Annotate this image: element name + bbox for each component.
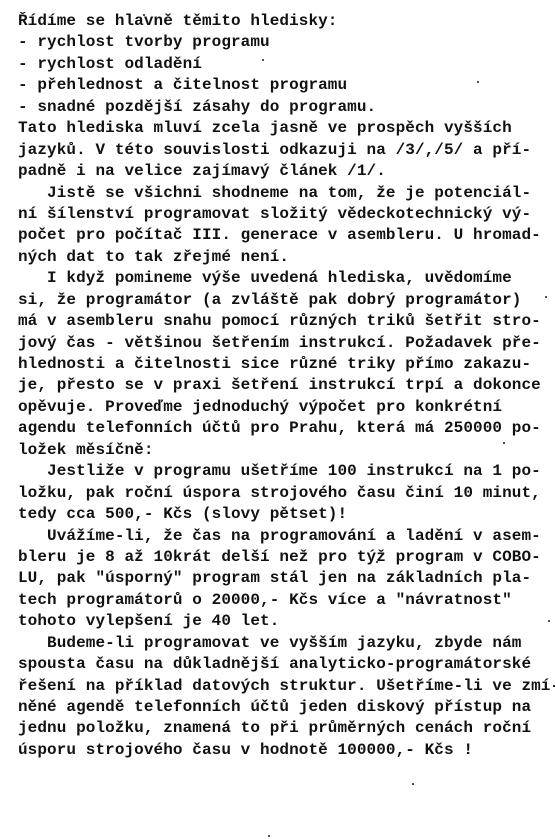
scan-noise [412,783,414,785]
text-line: Tato hlediska mluví zcela jasně ve prosp… [18,118,555,139]
scan-noise [503,442,505,444]
typewritten-page: Řídíme se hlavně těmito hledisky: - rych… [18,11,555,761]
text-line: tohoto vylepšení je 40 let. [18,611,555,632]
text-line: tedy cca 500,- Kčs (slovy pětset)! [18,504,555,525]
bullet-item: - rychlost odladění [18,54,555,75]
text-line: počet pro počítač III. generace v asembl… [18,225,555,246]
text-line: tech programátorů o 20000,- Kčs více a "… [18,590,555,611]
text-line: ložku, pak roční úspora strojového času … [18,483,555,504]
text-line: agendu telefonních účtů pro Prahu, která… [18,418,555,439]
paragraph-start: Jistě se všichni shodneme na tom, že je … [18,183,555,204]
scan-noise [268,835,270,837]
text-line: Řídíme se hlavně těmito hledisky: [18,11,555,32]
paragraph-start: Budeme-li programovat ve vyšším jazyku, … [18,633,555,654]
text-line: si, že programátor (a zvláště pak dobrý … [18,290,555,311]
text-line: spousta času na důkladnější analyticko-p… [18,654,555,675]
text-line: je, přesto se v praxi šetření instrukcí … [18,375,555,396]
text-line: úsporu strojového času v hodnotě 100000,… [18,740,555,761]
text-line: jazyků. V této souvislosti odkazuji na /… [18,140,555,161]
scan-noise [376,561,378,563]
scan-noise [477,81,479,83]
text-line: bleru je 8 až 10krát delší než pro týž p… [18,547,555,568]
text-line: LU, pak "úsporný" program stál jen na zá… [18,568,555,589]
text-line: ložek měsíčně: [18,440,555,461]
scan-noise [143,14,145,16]
scan-noise [548,620,550,622]
text-line: má v asembleru snahu pomocí různých trik… [18,311,555,332]
scan-noise [545,296,547,298]
scan-noise [262,59,264,61]
scan-noise [213,102,215,104]
paragraph-start: I když pomineme výše uvedená hlediska, u… [18,268,555,289]
paragraph-start: Jestliže v programu ušetříme 100 instruk… [18,461,555,482]
text-line: řešení na příklad datových struktur. Uše… [18,676,555,697]
text-line: něné agendě telefonních účtů jeden disko… [18,697,555,718]
bullet-item: - přehlednost a čitelnost programu [18,75,555,96]
text-line: opěvuje. Proveďme jednoduchý výpočet pro… [18,397,555,418]
text-line: jednu položku, znamená to při průměrných… [18,718,555,739]
text-line: padně i na velice zajímavý článek /1/. [18,161,555,182]
text-line: ní šílenství programovat složitý vědecko… [18,204,555,225]
text-line: jový čas - většinou šetřením instrukcí. … [18,333,555,354]
text-line: ných dat to tak zřejmé není. [18,247,555,268]
paragraph-start: Uvážíme-li, že čas na programování a lad… [18,526,555,547]
bullet-item: - rychlost tvorby programu [18,32,555,53]
bullet-item: - snadné pozdější zásahy do programu. [18,97,555,118]
text-line: hlednosti a čitelnosti sice různé triky … [18,354,555,375]
